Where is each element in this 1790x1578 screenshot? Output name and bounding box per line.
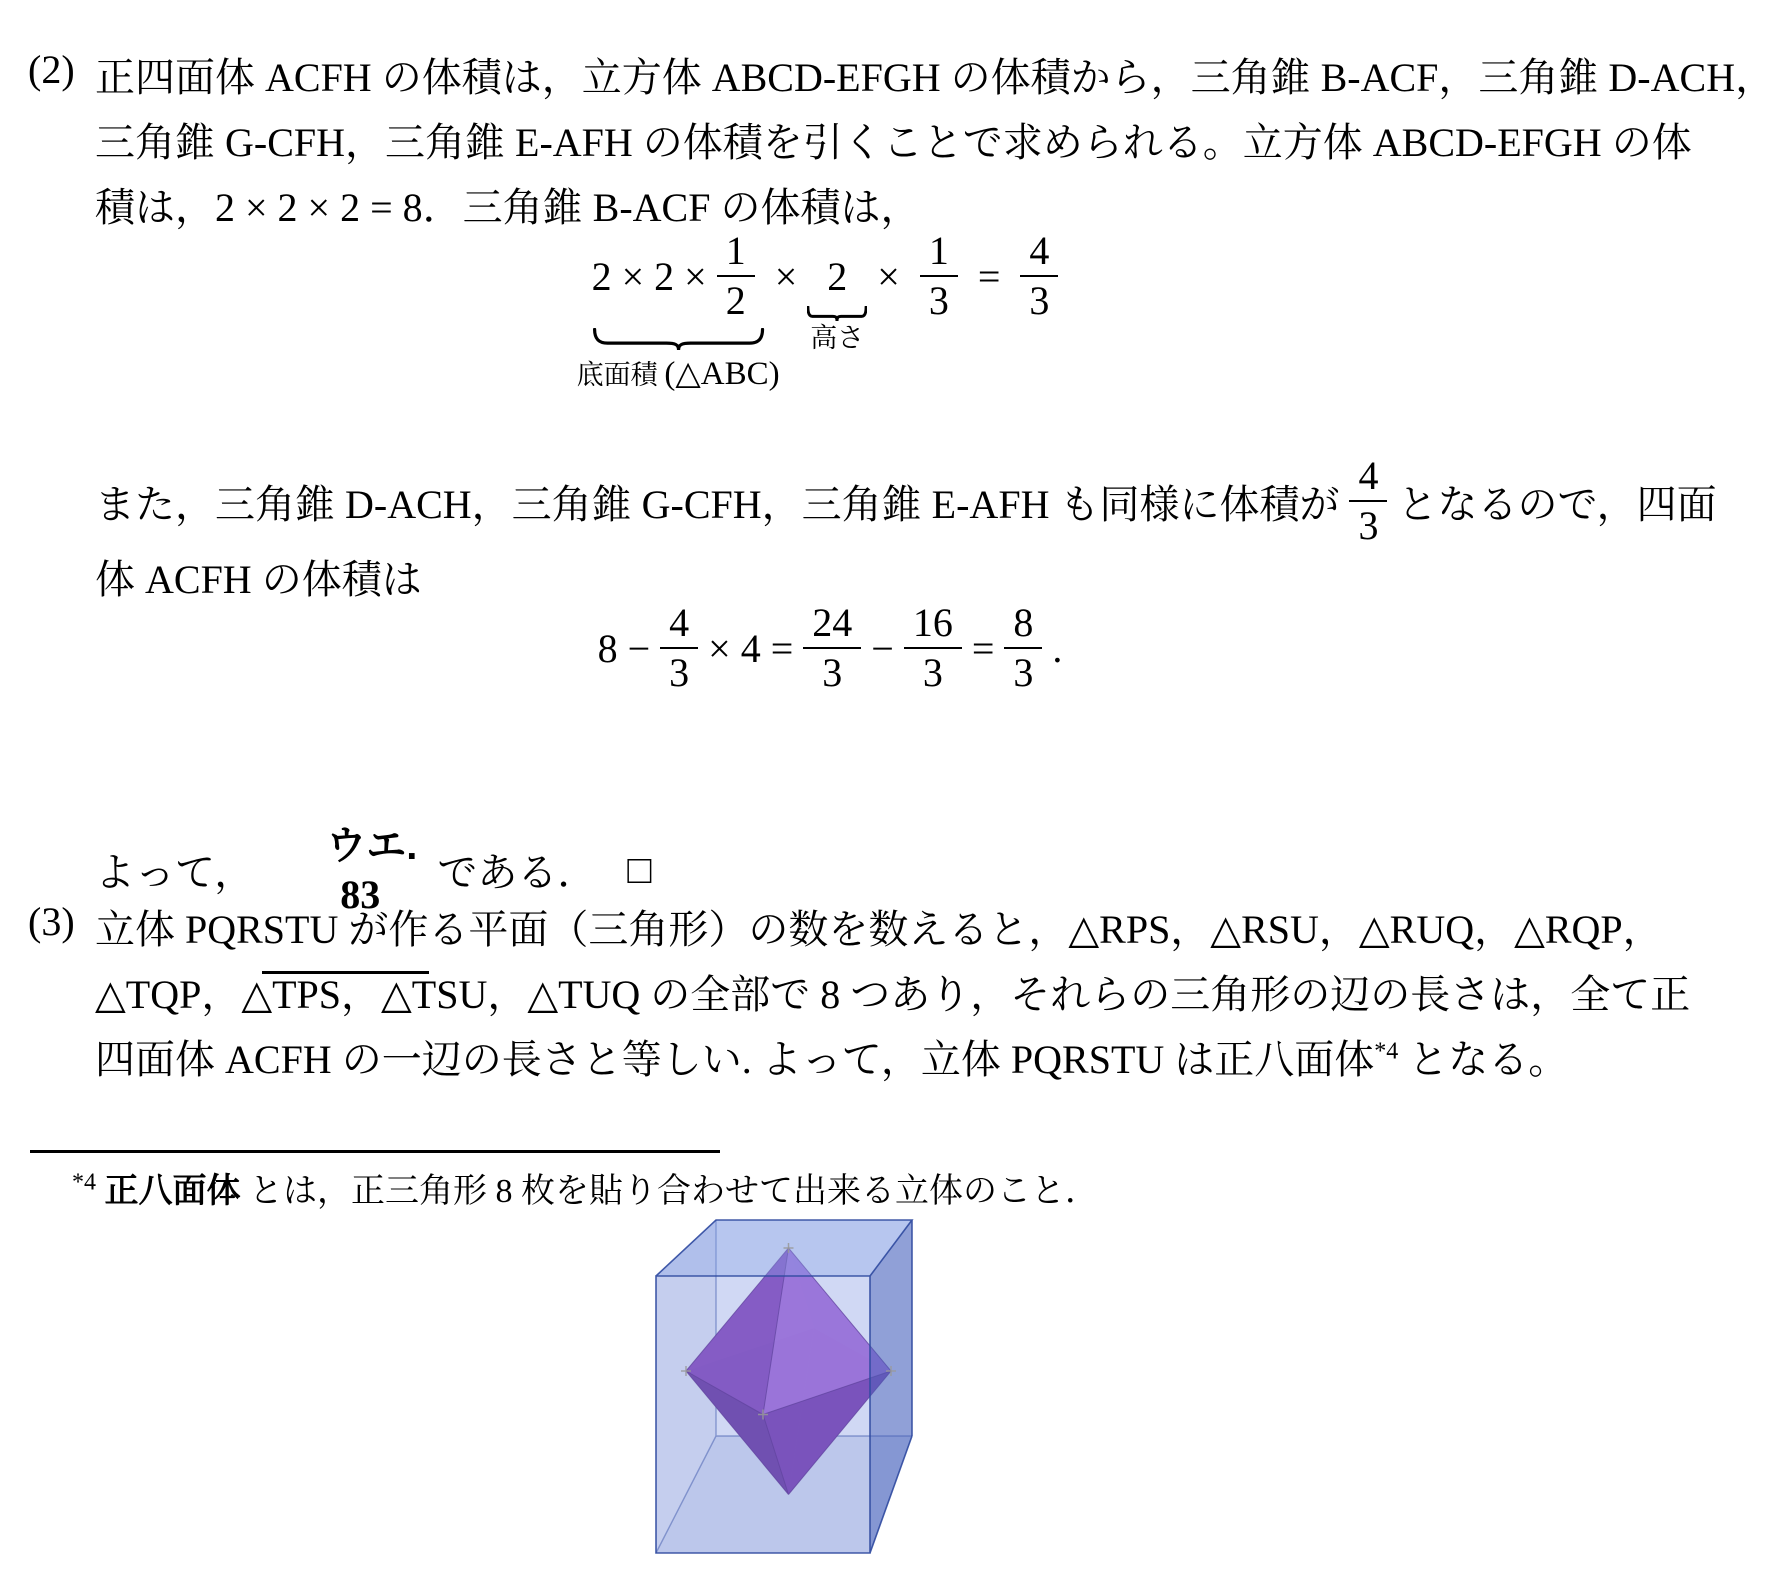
fraction-four-thirds: 4 3 <box>660 602 698 694</box>
item-3-line-1: 立体 PQRSTU が作る平面（三角形）の数を数えると，△RPS，△RSU，△R… <box>95 898 1663 955</box>
height-group: 2 高さ <box>807 253 867 300</box>
equation-2-row: 8 − 4 3 × 4 = 24 3 − 16 3 = 8 3 . <box>598 602 1063 694</box>
fraction-one-third: 1 3 <box>920 230 958 322</box>
fraction-four-thirds: 4 3 <box>1020 230 1058 322</box>
item-2-line-2: 三角錐 G-CFH，三角錐 E-AFH の体積を引くことで求められる。立方体 A… <box>95 111 1692 168</box>
item-2-label: (2) <box>28 46 75 93</box>
base-area-group: 2 × 2 × 1 2 底面積 (△ABC) <box>592 230 765 322</box>
conclusion-post: である． <box>437 841 597 898</box>
equation-1-row: 2 × 2 × 1 2 底面積 (△ABC) × 2 高さ × <box>592 230 1069 322</box>
equals-sign: = <box>978 253 1001 300</box>
times-operator: × <box>775 253 798 300</box>
fraction-four-thirds-inline: 4 3 <box>1349 455 1387 547</box>
item-2-line-3: 積は，2 × 2 × 2 = 8．三角錐 B-ACF の体積は， <box>95 176 921 233</box>
underbrace-icon <box>592 328 765 350</box>
footnote-reference: *4 <box>1374 1039 1398 1065</box>
equation-2-term: 8 − <box>598 625 651 672</box>
paragraph-text-post: となるので，四面 <box>1397 473 1716 530</box>
paragraph-text-pre: また，三角錐 D-ACH，三角錐 G-CFH，三角錐 E-AFH も同様に体積が <box>95 473 1339 530</box>
document-page: (2) 正四面体 ACFH の体積は，立方体 ABCD-EFGH の体積から，三… <box>0 0 1790 1578</box>
cube-octahedron-figure <box>650 1212 922 1568</box>
item-2-line-1: 正四面体 ACFH の体積は，立方体 ABCD-EFGH の体積から，三角錐 B… <box>95 46 1775 103</box>
footnote-mark: *4 <box>72 1170 96 1196</box>
underbrace-icon <box>807 306 867 321</box>
period: . <box>1052 625 1062 672</box>
equation-1-lead: 2 × 2 × <box>592 253 707 300</box>
item-3-label: (3) <box>28 898 75 945</box>
height-term: 2 <box>827 253 847 300</box>
equation-volume-pyramid: 2 × 2 × 1 2 底面積 (△ABC) × 2 高さ × <box>0 230 1660 322</box>
paragraph-similar-volumes: また，三角錐 D-ACH，三角錐 G-CFH，三角錐 E-AFH も同様に体積が… <box>95 455 1717 547</box>
minus-operator: − <box>871 625 894 672</box>
fraction-eight-thirds: 8 3 <box>1004 602 1042 694</box>
footnote-text: *4 正八面体 とは，正三角形 8 枚を貼り合わせて出来る立体のこと． <box>72 1163 1099 1212</box>
fraction-24-thirds: 24 3 <box>803 602 861 694</box>
equation-tetrahedron-volume: 8 − 4 3 × 4 = 24 3 − 16 3 = 8 3 . <box>0 602 1660 694</box>
item-3-line-2: △TQP，△TPS，△TSU，△TUQ の全部で 8 つあり，それらの三角形の辺… <box>95 963 1690 1020</box>
fraction-one-half: 1 2 <box>717 230 755 322</box>
equation-2-term: × 4 = <box>708 625 793 672</box>
item-3-line-3: 四面体 ACFH の一辺の長さと等しい. よって，立体 PQRSTU は正八面体… <box>95 1028 1568 1085</box>
equals-sign: = <box>972 625 995 672</box>
answer-label: ウエ. <box>326 824 417 868</box>
cube-right-face <box>870 1220 912 1553</box>
conclusion-pre: よって， <box>95 841 254 898</box>
qed-square: □ <box>627 846 651 893</box>
footnote-term: 正八面体 <box>105 1172 241 1210</box>
height-label: 高さ <box>810 325 864 352</box>
times-operator: × <box>877 253 900 300</box>
footnote-rule <box>30 1150 720 1153</box>
base-area-label: 底面積 (△ABC) <box>577 358 780 391</box>
paragraph-line-2: 体 ACFH の体積は <box>95 548 422 605</box>
fraction-16-thirds: 16 3 <box>904 602 962 694</box>
